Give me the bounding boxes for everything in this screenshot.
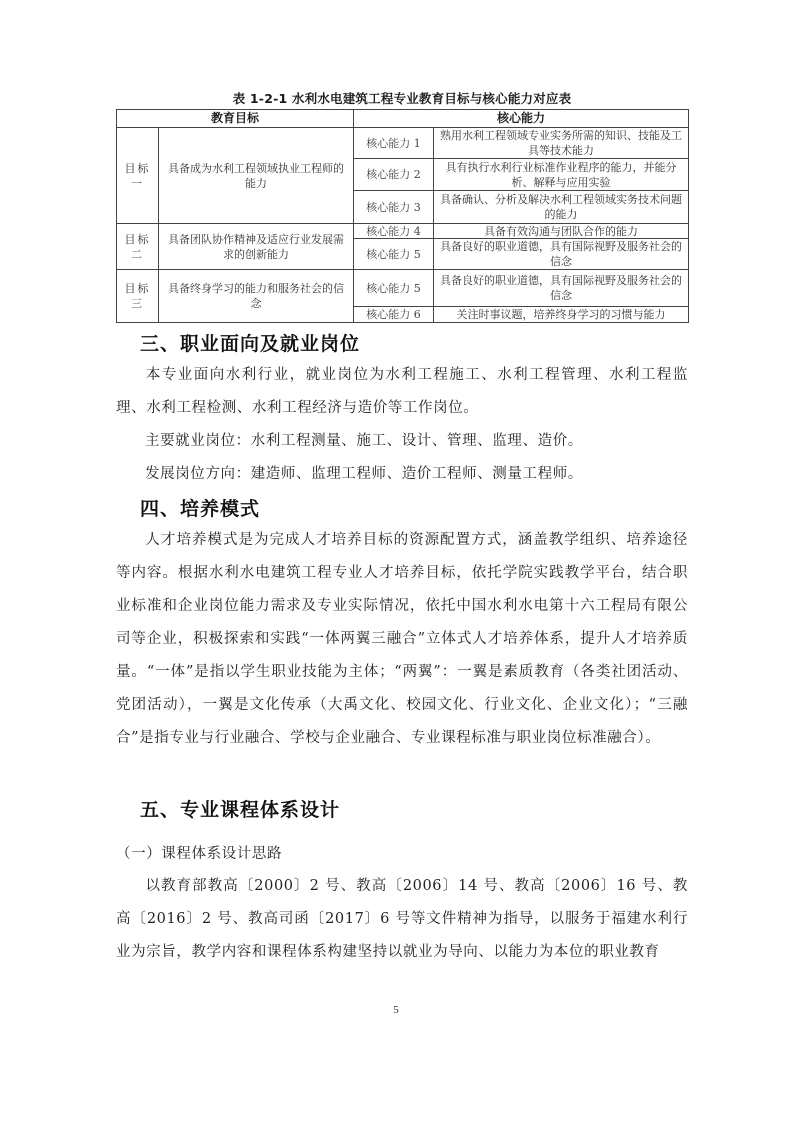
- paragraph-text: 主要就业岗位：水利工程测量、施工、设计、管理、监理、造价。: [145, 433, 583, 449]
- header-ability: 核心能力: [354, 110, 689, 128]
- ability-desc: 具有执行水利行业标准作业程序的能力，并能分析、解释与应用实验: [434, 159, 689, 191]
- goal-desc: 具备团队协作精神及适应行业发展需求的创新能力: [159, 224, 354, 270]
- section-4-paragraph-1: 人才培养模式是为完成人才培养目标的资源配置方式，涵盖教学组织、培养途径等内容。根…: [116, 524, 688, 755]
- header-goal: 教育目标: [117, 110, 354, 128]
- ability-desc: 具备有效沟通与团队合作的能力: [434, 224, 689, 239]
- section-3-paragraph-2: 主要就业岗位：水利工程测量、施工、设计、管理、监理、造价。: [116, 425, 688, 458]
- ability-desc: 具备良好的职业道德，具有国际视野及服务社会的信念: [434, 239, 689, 270]
- section-5-title: 五、专业课程体系设计: [140, 795, 340, 822]
- ability-desc: 具备良好的职业道德，具有国际视野及服务社会的信念: [434, 270, 689, 307]
- page-number: 5: [0, 1004, 792, 1016]
- table-row: 目标二 具备团队协作精神及适应行业发展需求的创新能力 核心能力 4 具备有效沟通…: [117, 224, 689, 239]
- ability-name: 核心能力 2: [354, 159, 434, 191]
- goals-abilities-table: 教育目标 核心能力 目标一 具备成为水利工程领域执业工程师的能力 核心能力 1 …: [116, 109, 689, 323]
- ability-desc: 具备确认、分析及解决水利工程领域实务技术问题的能力: [434, 191, 689, 224]
- goal-id: 目标二: [117, 224, 159, 270]
- goal-id: 目标一: [117, 128, 159, 224]
- section-5-paragraph-1: 以教育部教高〔2000〕2 号、教高〔2006〕14 号、教高〔2006〕16 …: [116, 870, 688, 969]
- ability-desc: 关注时事议题，培养终身学习的习惯与能力: [434, 307, 689, 323]
- table-row: 目标一 具备成为水利工程领域执业工程师的能力 核心能力 1 熟用水利工程领域专业…: [117, 128, 689, 159]
- section-3-paragraph-3: 发展岗位方向：建造师、监理工程师、造价工程师、测量工程师。: [116, 458, 688, 491]
- table-row: 目标三 具备终身学习的能力和服务社会的信念 核心能力 5 具备良好的职业道德，具…: [117, 270, 689, 307]
- table-caption: 表 1-2-1 水利水电建筑工程专业教育目标与核心能力对应表: [116, 89, 688, 107]
- table-header-row: 教育目标 核心能力: [117, 110, 689, 128]
- ability-name: 核心能力 5: [354, 239, 434, 270]
- paragraph-text: 本专业面向水利行业，就业岗位为水利工程施工、水利工程管理、水利工程监理、水利工程…: [116, 367, 688, 416]
- section-5-subtitle: （一）课程体系设计思路: [116, 842, 282, 863]
- paragraph-text: 发展岗位方向：建造师、监理工程师、造价工程师、测量工程师。: [145, 466, 583, 482]
- section-3-paragraph-1: 本专业面向水利行业，就业岗位为水利工程施工、水利工程管理、水利工程监理、水利工程…: [116, 359, 688, 425]
- section-4-title: 四、培养模式: [140, 494, 260, 521]
- ability-name: 核心能力 3: [354, 191, 434, 224]
- paragraph-text: 以教育部教高〔2000〕2 号、教高〔2006〕14 号、教高〔2006〕16 …: [116, 878, 688, 960]
- section-3-title: 三、职业面向及就业岗位: [140, 329, 360, 356]
- ability-name: 核心能力 1: [354, 128, 434, 159]
- goal-desc: 具备成为水利工程领域执业工程师的能力: [159, 128, 354, 224]
- goal-id: 目标三: [117, 270, 159, 323]
- document-page: 表 1-2-1 水利水电建筑工程专业教育目标与核心能力对应表 教育目标 核心能力…: [0, 0, 792, 1122]
- paragraph-text: 人才培养模式是为完成人才培养目标的资源配置方式，涵盖教学组织、培养途径等内容。根…: [116, 532, 688, 746]
- ability-name: 核心能力 4: [354, 224, 434, 239]
- ability-desc: 熟用水利工程领域专业实务所需的知识、技能及工具等技术能力: [434, 128, 689, 159]
- ability-name: 核心能力 5: [354, 270, 434, 307]
- goal-desc: 具备终身学习的能力和服务社会的信念: [159, 270, 354, 323]
- ability-name: 核心能力 6: [354, 307, 434, 323]
